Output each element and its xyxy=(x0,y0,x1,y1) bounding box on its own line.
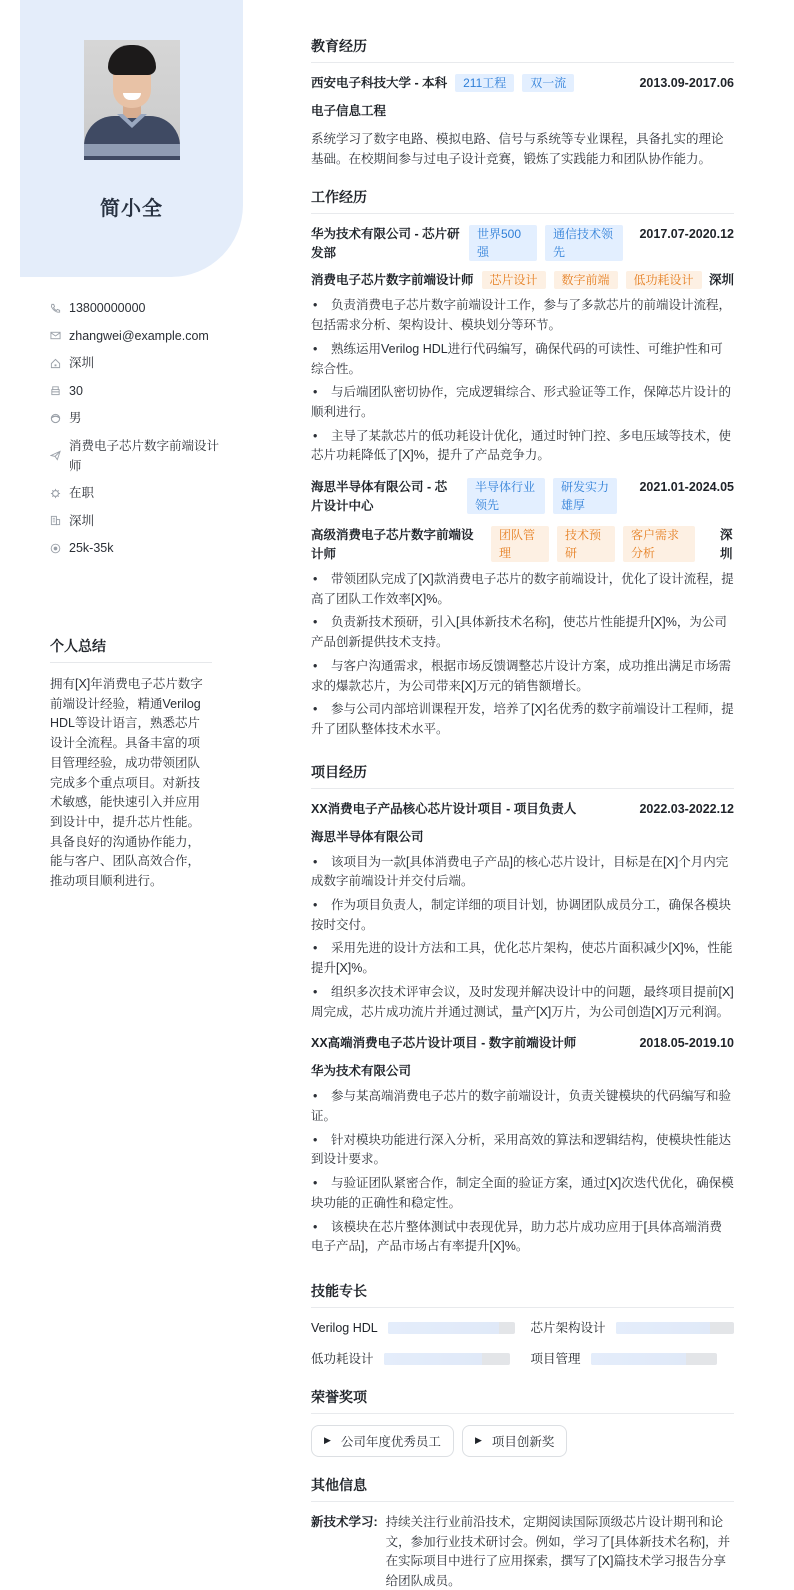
education-date: 2013.09-2017.06 xyxy=(639,74,734,93)
contact-info-list: 13800000000 zhangwei@example.com 深圳 30 男 xyxy=(50,298,220,566)
awards-section: 荣誉奖项 ▶ 公司年度优秀员工 ▶ 项目创新奖 xyxy=(311,1387,734,1457)
project-name: XX消费电子产品核心芯片设计项目 - 项目负责人 xyxy=(311,800,576,819)
project-date: 2022.03-2022.12 xyxy=(639,800,734,819)
gender-icon xyxy=(50,408,69,428)
info-status: 在职 xyxy=(50,483,220,503)
skill-item: Verilog HDL xyxy=(311,1319,515,1338)
bullet-item: •针对模块功能进行深入分析，采用高效的算法和逻辑结构，使模块性能达到设计要求。 xyxy=(311,1131,734,1170)
bullet-item: •负责消费电子芯片数字前端设计工作，参与了多款芯片的前端设计流程，包括需求分析、… xyxy=(311,296,734,335)
education-desc: 系统学习了数字电路、模拟电路、信号与系统等专业课程，具备扎实的理论基础。在校期间… xyxy=(311,130,734,169)
project-name: XX高端消费电子芯片设计项目 - 数字前端设计师 xyxy=(311,1034,576,1053)
role-tag: 团队管理 xyxy=(491,526,549,562)
projects-section: 项目经历 XX消费电子产品核心芯片设计项目 - 项目负责人 2022.03-20… xyxy=(311,762,734,1257)
bullet-item: •带领团队完成了[X]款消费电子芯片的数字前端设计，优化了设计流程，提高了团队工… xyxy=(311,570,734,609)
bullet-item: •组织多次技术评审会议，及时发现并解决设计中的问题，最终项目提前[X]周完成，芯… xyxy=(311,983,734,1022)
bullet-item: •与客户沟通需求，根据市场反馈调整芯片设计方案，成功推出满足市场需求的爆款芯片，… xyxy=(311,657,734,696)
role-tag: 技术预研 xyxy=(557,526,615,562)
bullet-item: •与后端团队密切协作，完成逻辑综合、形式验证等工作，保障芯片设计的顺利进行。 xyxy=(311,383,734,422)
work-date: 2021.01-2024.05 xyxy=(639,478,734,497)
triangle-right-icon: ▶ xyxy=(475,1435,482,1446)
project-item: XX高端消费电子芯片设计项目 - 数字前端设计师 2018.05-2019.10… xyxy=(311,1034,734,1257)
project-company: 华为技术有限公司 xyxy=(311,1062,734,1081)
bullet-item: •该项目为一款[具体消费电子产品]的核心芯片设计，目标是在[X]个月内完成数字前… xyxy=(311,853,734,892)
company-name: 海思半导体有限公司 - 芯片设计中心 xyxy=(311,478,459,516)
skill-item: 项目管理 xyxy=(531,1350,735,1369)
bullet-item: •参与某高端消费电子芯片的数字前端设计，负责关键模块的代码编写和验证。 xyxy=(311,1087,734,1126)
work-title: 工作经历 xyxy=(311,187,734,214)
bullet-item: •熟练运用Verilog HDL进行代码编写，确保代码的可读性、可维护性和可综合… xyxy=(311,340,734,379)
age-icon xyxy=(50,381,69,401)
work-item: 海思半导体有限公司 - 芯片设计中心 半导体行业领先 研发实力雄厚 2021.0… xyxy=(311,478,734,740)
status-icon xyxy=(50,483,69,503)
work-city: 深圳 xyxy=(709,271,734,290)
bullet-item: •该模块在芯片整体测试中表现优异，助力芯片成功应用于[具体高端消费电子产品]，产… xyxy=(311,1218,734,1257)
major: 电子信息工程 xyxy=(311,102,734,121)
bullet-item: •主导了某款芯片的低功耗设计优化，通过时钟门控、多电压域等技术，使芯片功耗降低了… xyxy=(311,427,734,466)
education-section: 教育经历 西安电子科技大学 - 本科 211工程 双一流 2013.09-201… xyxy=(311,36,734,169)
work-section: 工作经历 华为技术有限公司 - 芯片研发部 世界500强 通信技术领先 2017… xyxy=(311,187,734,739)
skill-bar xyxy=(591,1353,717,1365)
education-title: 教育经历 xyxy=(311,36,734,63)
school-tag: 211工程 xyxy=(455,74,514,92)
education-item: 西安电子科技大学 - 本科 211工程 双一流 2013.09-2017.06 … xyxy=(311,74,734,169)
role-name: 高级消费电子芯片数字前端设计师 xyxy=(311,526,483,564)
skill-bar xyxy=(388,1322,515,1334)
work-bullets: •带领团队完成了[X]款消费电子芯片的数字前端设计，优化了设计流程，提高了团队工… xyxy=(311,570,734,740)
other-label: 新技术学习: xyxy=(311,1513,378,1590)
other-item: 新技术学习: 持续关注行业前沿技术，定期阅读国际顶级芯片设计期刊和论文，参加行业… xyxy=(311,1513,734,1590)
triangle-right-icon: ▶ xyxy=(324,1435,331,1446)
home-icon xyxy=(50,353,69,373)
info-job-intention: 消费电子芯片数字前端设计师 xyxy=(50,436,220,476)
bullet-item: •作为项目负责人，制定详细的项目计划，协调团队成员分工，确保各模块按时交付。 xyxy=(311,896,734,935)
info-phone: 13800000000 xyxy=(50,298,220,318)
skills-grid: Verilog HDL 芯片架构设计 低功耗设计 项目管理 xyxy=(311,1319,734,1369)
company-tag: 通信技术领先 xyxy=(545,225,623,261)
projects-title: 项目经历 xyxy=(311,762,734,789)
main-content: 教育经历 西安电子科技大学 - 本科 211工程 双一流 2013.09-201… xyxy=(311,36,734,1590)
info-email: zhangwei@example.com xyxy=(50,326,220,346)
bullet-item: •参与公司内部培训课程开发，培养了[X]名优秀的数字前端设计工程师，提升了团队整… xyxy=(311,700,734,739)
awards-title: 荣誉奖项 xyxy=(311,1387,734,1414)
work-item: 华为技术有限公司 - 芯片研发部 世界500强 通信技术领先 2017.07-2… xyxy=(311,225,734,466)
company-tag: 研发实力雄厚 xyxy=(553,478,617,514)
role-tag: 低功耗设计 xyxy=(626,271,702,289)
award-item[interactable]: ▶ 公司年度优秀员工 xyxy=(311,1425,454,1457)
other-title: 其他信息 xyxy=(311,1475,734,1502)
work-date: 2017.07-2020.12 xyxy=(639,225,734,244)
company-tag: 世界500强 xyxy=(469,225,537,261)
skill-bar xyxy=(384,1353,510,1365)
project-company: 海思半导体有限公司 xyxy=(311,828,734,847)
profile-card xyxy=(20,0,243,277)
mail-icon xyxy=(50,326,69,346)
info-gender: 男 xyxy=(50,408,220,428)
skills-section: 技能专长 Verilog HDL 芯片架构设计 低功耗设计 项目管理 xyxy=(311,1281,734,1369)
project-bullets: •参与某高端消费电子芯片的数字前端设计，负责关键模块的代码编写和验证。 •针对模… xyxy=(311,1087,734,1257)
project-bullets: •该项目为一款[具体消费电子产品]的核心芯片设计，目标是在[X]个月内完成数字前… xyxy=(311,853,734,1023)
skill-bar xyxy=(616,1322,734,1334)
award-item[interactable]: ▶ 项目创新奖 xyxy=(462,1425,567,1457)
bullet-item: •负责新技术预研，引入[具体新技术名称]，使芯片性能提升[X]%，为公司产品创新… xyxy=(311,613,734,652)
info-age: 30 xyxy=(50,381,220,401)
salary-icon xyxy=(50,538,69,558)
summary-section: 个人总结 拥有[X]年消费电子芯片数字前端设计经验，精通Verilog HDL等… xyxy=(50,636,212,892)
candidate-name: 简小全 xyxy=(20,192,243,221)
role-tag: 芯片设计 xyxy=(482,271,546,289)
company-tag: 半导体行业领先 xyxy=(467,478,545,514)
project-date: 2018.05-2019.10 xyxy=(639,1034,734,1053)
role-tag: 客户需求分析 xyxy=(623,526,695,562)
skills-title: 技能专长 xyxy=(311,1281,734,1308)
building-icon xyxy=(50,511,69,531)
awards-list: ▶ 公司年度优秀员工 ▶ 项目创新奖 xyxy=(311,1425,734,1457)
work-bullets: •负责消费电子芯片数字前端设计工作，参与了多款芯片的前端设计流程，包括需求分析、… xyxy=(311,296,734,466)
role-tag: 数字前端 xyxy=(554,271,618,289)
company-name: 华为技术有限公司 - 芯片研发部 xyxy=(311,225,461,263)
info-location: 深圳 xyxy=(50,353,220,373)
sidebar: 简小全 13800000000 zhangwei@example.com 深圳 … xyxy=(0,0,260,1590)
avatar xyxy=(84,40,180,160)
bullet-item: •与验证团队紧密合作，制定全面的验证方案，通过[X]次迭代优化，确保模块功能的正… xyxy=(311,1174,734,1213)
school-name: 西安电子科技大学 - 本科 xyxy=(311,74,447,93)
info-salary: 25k-35k xyxy=(50,538,220,558)
summary-text: 拥有[X]年消费电子芯片数字前端设计经验，精通Verilog HDL等设计语言，… xyxy=(50,675,212,892)
info-work-city: 深圳 xyxy=(50,511,220,531)
project-item: XX消费电子产品核心芯片设计项目 - 项目负责人 2022.03-2022.12… xyxy=(311,800,734,1023)
other-text: 持续关注行业前沿技术，定期阅读国际顶级芯片设计期刊和论文，参加行业技术研讨会。例… xyxy=(386,1513,734,1590)
send-icon xyxy=(50,446,69,466)
summary-title: 个人总结 xyxy=(50,636,212,663)
skill-item: 芯片架构设计 xyxy=(531,1319,735,1338)
school-tag: 双一流 xyxy=(522,74,574,92)
bullet-item: •采用先进的设计方法和工具，优化芯片架构，使芯片面积减少[X]%，性能提升[X]… xyxy=(311,939,734,978)
skill-item: 低功耗设计 xyxy=(311,1350,515,1369)
phone-icon xyxy=(50,298,69,318)
other-section: 其他信息 新技术学习: 持续关注行业前沿技术，定期阅读国际顶级芯片设计期刊和论文… xyxy=(311,1475,734,1590)
role-name: 消费电子芯片数字前端设计师 xyxy=(311,271,474,290)
work-city: 深圳 xyxy=(720,526,734,564)
